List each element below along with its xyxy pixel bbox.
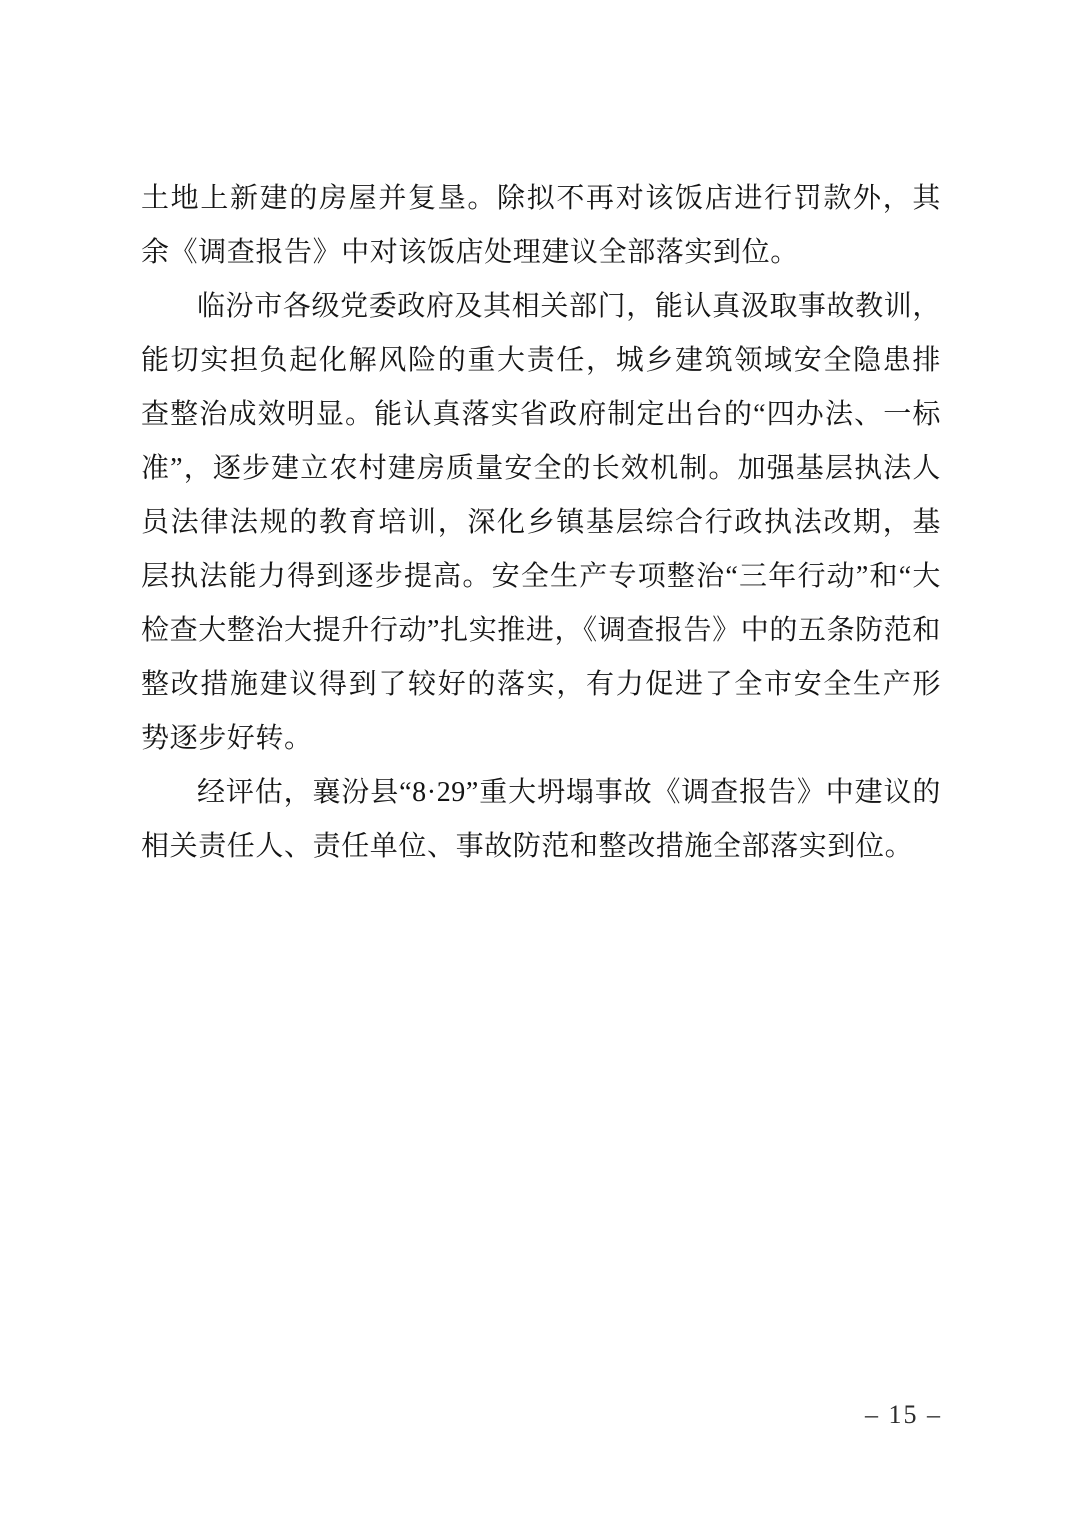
paragraph-continuation: 土地上新建的房屋并复垦。除拟不再对该饭店进行罚款外，其余《调查报告》中对该饭店处… (141, 172, 941, 280)
document-page: 土地上新建的房屋并复垦。除拟不再对该饭店进行罚款外，其余《调查报告》中对该饭店处… (0, 0, 1080, 1526)
body-text: 土地上新建的房屋并复垦。除拟不再对该饭店进行罚款外，其余《调查报告》中对该饭店处… (141, 172, 941, 874)
paragraph-evaluation-conclusion: 经评估，襄汾县“8·29”重大坍塌事故《调查报告》中建议的相关责任人、责任单位、… (141, 766, 941, 874)
paragraph-linfen-summary: 临汾市各级党委政府及其相关部门，能认真汲取事故教训，能切实担负起化解风险的重大责… (141, 280, 941, 766)
page-number: – 15 – (865, 1400, 942, 1430)
